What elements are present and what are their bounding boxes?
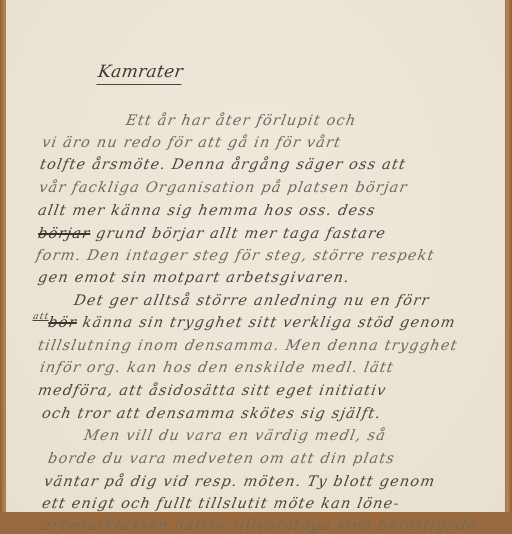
manuscript-line-4: vår fackliga Organisation på platsen bör…: [38, 181, 409, 196]
manuscript-line-11: tillslutning inom densamma. Men denna tr…: [37, 339, 459, 354]
manuscript-line-9: Det ger alltså större anledning nu en fö…: [73, 294, 431, 309]
manuscript-line-17: väntar på dig vid resp. möten. Ty blott …: [43, 475, 437, 490]
manuscript-line-14: och tror att densamma skötes sig själft.: [41, 407, 383, 422]
manuscript-line-7: form. Den intager steg för steg, större …: [35, 249, 436, 264]
manuscript-line-2: vi äro nu redo för att gå in för vårt: [41, 136, 343, 151]
manuscript-heading: Kamrater: [96, 62, 184, 85]
manuscript-line-15: Men vill du vara en värdig medl, så: [83, 429, 388, 444]
manuscript-line-8: gen emot sin motpart arbetsgivaren.: [37, 271, 351, 286]
struck-word: börjar: [37, 226, 92, 242]
manuscript-line-6: börjar grund börjar allt mer taga fastar…: [37, 227, 387, 242]
manuscript-line-3: tolfte årsmöte. Denna årgång säger oss a…: [39, 158, 408, 173]
manuscript-line-18: ett enigt och fullt tillslutit möte kan …: [41, 497, 401, 512]
manuscript-line-12: inför org. kan hos den enskilde medl. lä…: [39, 361, 395, 376]
manuscript-line-10: attbör känna sin trygghet sitt verkliga …: [31, 316, 457, 331]
manuscript-page: Kamrater Ett år har åter förlupit och vi…: [6, 0, 505, 512]
manuscript-line-5: allt mer känna sig hemma hos oss. dess: [37, 204, 377, 219]
line-text: känna sin trygghet sitt verkliga stöd ge…: [81, 315, 457, 331]
manuscript-line-16: borde du vara medveten om att din plats: [47, 452, 396, 467]
inserted-word: att: [32, 312, 50, 322]
line-text: grund börjar allt mer taga fastare: [95, 226, 388, 242]
manuscript-line-1: Ett år har åter förlupit och: [125, 114, 358, 129]
struck-word: bör: [47, 315, 78, 331]
manuscript-line-13: medföra, att åsidosätta sitt eget initia…: [37, 384, 388, 399]
